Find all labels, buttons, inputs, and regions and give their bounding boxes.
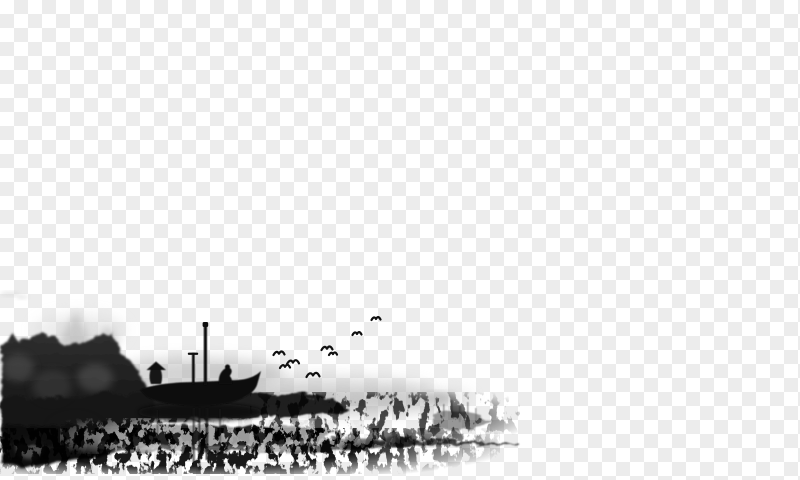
bird-icon (322, 346, 333, 350)
mast-top-knob (203, 322, 209, 327)
birds-flock (274, 317, 381, 377)
reflection-line (219, 409, 221, 447)
bird-icon (329, 352, 337, 355)
bird-icon (353, 332, 362, 335)
speckle-highlights (60, 418, 400, 454)
reflection-line (193, 408, 195, 466)
bird-icon (372, 317, 381, 320)
bird-icon (274, 351, 285, 355)
pole-crossbar (188, 353, 198, 355)
boat-mast (204, 324, 207, 385)
reflection-line (157, 410, 159, 438)
rigging-pole (192, 353, 195, 384)
reflection-line (198, 408, 200, 470)
bird-icon (280, 365, 290, 368)
ink-wash-painting (0, 0, 800, 480)
faint-ink-marks (0, 292, 28, 300)
ink-smudge (0, 292, 20, 297)
mountain-shading (2, 354, 34, 382)
reflection-line (206, 408, 209, 460)
ink-smudge (16, 295, 28, 299)
bird-icon (287, 360, 299, 364)
artwork-canvas (0, 0, 800, 480)
mountain-shading (77, 364, 113, 392)
figure-body (150, 370, 162, 384)
